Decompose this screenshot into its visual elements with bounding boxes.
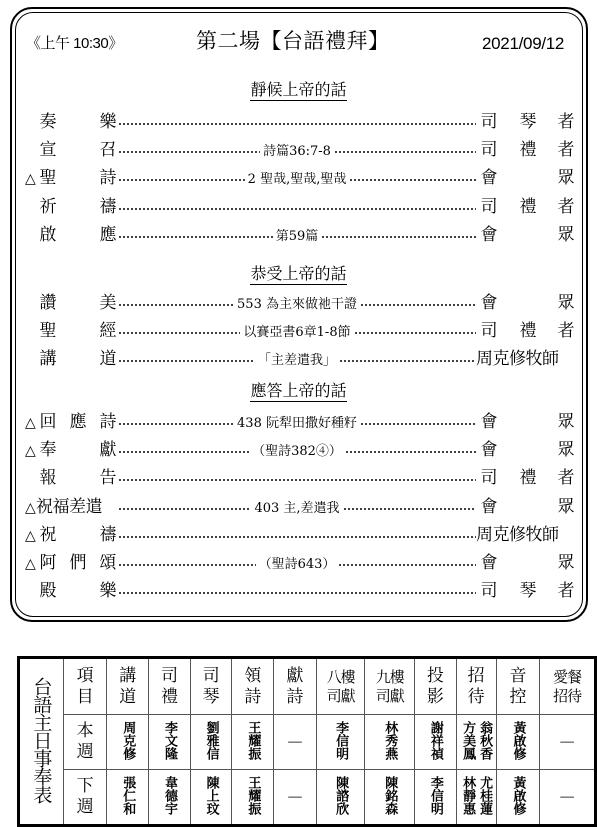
item-leader-char: 者 bbox=[556, 137, 576, 163]
service-date: 2021/09/12 bbox=[482, 34, 564, 54]
section-heading: 應答上帝的話 bbox=[0, 381, 597, 401]
duty-cell: 林秀燕 bbox=[365, 715, 415, 770]
item-label-first: 祈 bbox=[38, 194, 58, 220]
duty-person: 張仁和 bbox=[120, 776, 135, 815]
duty-person: 林秀燕 bbox=[382, 721, 397, 760]
duty-cell-empty: － bbox=[274, 770, 317, 826]
column-header-line2: 詩 bbox=[232, 687, 273, 708]
item-label-last: 詩 bbox=[98, 165, 118, 191]
duty-cell: 劉雅信 bbox=[190, 715, 232, 770]
empty-dash: － bbox=[286, 788, 304, 809]
empty-dash: － bbox=[286, 733, 304, 754]
item-content: 以賽亞書6章1-8節 bbox=[240, 320, 353, 346]
item-leader-char: 司 bbox=[479, 578, 499, 604]
program-item: 宣召詩篇36:7-8司禮者 bbox=[0, 137, 597, 163]
duty-person: 劉雅信 bbox=[204, 721, 219, 760]
item-leader-char: 會 bbox=[479, 165, 499, 191]
item-label-middle: 應 bbox=[68, 409, 88, 435]
item-leader-char: 司 bbox=[479, 109, 499, 135]
column-header-line2: 司獻 bbox=[317, 687, 365, 706]
duty-person: 陳上玟 bbox=[204, 776, 219, 815]
duty-table-title-cell: 台語主日事奉表 bbox=[19, 658, 64, 826]
program-item: △聖詩2 聖哉,聖哉,聖哉會眾 bbox=[0, 165, 597, 191]
duty-cell: 張仁和 bbox=[107, 770, 149, 826]
duty-cell: 王耀振 bbox=[232, 715, 274, 770]
item-label-last: 美 bbox=[98, 290, 118, 316]
duty-column-header: 九樓司獻 bbox=[365, 658, 415, 715]
item-leader-char: 琴 bbox=[518, 578, 538, 604]
item-leader-char: 眾 bbox=[556, 409, 576, 435]
duty-person: 李信明 bbox=[333, 721, 348, 760]
duty-cell: 周克修 bbox=[107, 715, 149, 770]
item-leader-char: 司 bbox=[479, 465, 499, 491]
congregation-stand-marker: △ bbox=[25, 166, 36, 192]
empty-dash: － bbox=[558, 733, 576, 754]
column-header-line1: 愛餐 bbox=[540, 668, 594, 687]
duty-column-header: 講道 bbox=[107, 658, 149, 715]
item-leader-char: 眾 bbox=[556, 437, 576, 463]
dotted-leader: 403 主,差遣我 bbox=[118, 494, 476, 520]
duty-person: 王耀振 bbox=[245, 721, 260, 760]
item-leader-char: 眾 bbox=[556, 494, 576, 520]
item-leader-name: 周克修牧師 bbox=[476, 346, 559, 372]
column-header-line2: 詩 bbox=[274, 687, 316, 708]
duty-person: 黃啟修 bbox=[510, 776, 525, 815]
duty-column-header: 招待 bbox=[456, 658, 496, 715]
item-label-last: 禱 bbox=[98, 522, 118, 548]
item-label-first: 殿 bbox=[38, 578, 58, 604]
congregation-stand-marker: △ bbox=[25, 410, 36, 436]
item-content: 2 聖哉,聖哉,聖哉 bbox=[245, 167, 350, 193]
item-label-last: 召 bbox=[98, 137, 118, 163]
duty-column-header: 項目 bbox=[63, 658, 107, 715]
duty-week-row: 本週周克修李文隆劉雅信王耀振－李信明林秀燕謝祥禎方美鳳翁秋香黃啟修－ bbox=[19, 715, 596, 770]
item-leader-char: 者 bbox=[556, 318, 576, 344]
duty-column-header: 司琴 bbox=[190, 658, 232, 715]
item-leader-char: 者 bbox=[556, 465, 576, 491]
dotted-leader: （聖詩382④） bbox=[118, 437, 476, 463]
duty-column-header: 音控 bbox=[496, 658, 540, 715]
program-item: 聖經以賽亞書6章1-8節司禮者 bbox=[0, 318, 597, 344]
duty-cell: 黃啟修 bbox=[496, 770, 540, 826]
duty-person: 翁秋香 bbox=[477, 721, 492, 760]
duty-cell: 李信明 bbox=[316, 715, 365, 770]
dotted-leader bbox=[118, 194, 476, 220]
item-label-first: 回 bbox=[38, 409, 58, 435]
item-leader-char: 琴 bbox=[518, 109, 538, 135]
column-header-line2: 禮 bbox=[149, 687, 190, 708]
item-leader-char: 禮 bbox=[518, 318, 538, 344]
program-item: 報告司禮者 bbox=[0, 465, 597, 491]
item-leader-name: 周克修牧師 bbox=[476, 522, 559, 548]
program-item: 祈禱司禮者 bbox=[0, 194, 597, 220]
item-label-first: 讚 bbox=[38, 290, 58, 316]
column-header-line1: 項 bbox=[64, 666, 107, 687]
dotted-leader bbox=[118, 109, 476, 135]
duty-roster-table: 台語主日事奉表項目講道司禮司琴領詩獻詩八樓司獻九樓司獻投影招待音控愛餐招待本週周… bbox=[17, 656, 597, 827]
duty-person: 林靜惠 bbox=[460, 776, 475, 815]
item-label-last: 應 bbox=[98, 222, 118, 248]
item-label-first: 祝 bbox=[38, 522, 58, 548]
program-item: 殿樂司琴者 bbox=[0, 578, 597, 604]
dotted-leader: （聖詩643） bbox=[118, 550, 476, 576]
item-label-first: 阿 bbox=[38, 550, 58, 576]
column-header-line1: 招 bbox=[457, 666, 496, 687]
week-label-line1: 下 bbox=[64, 776, 107, 797]
item-leader-char: 者 bbox=[556, 578, 576, 604]
item-content: 詩篇36:7-8 bbox=[260, 139, 334, 165]
program-item: 啟應第59篇會眾 bbox=[0, 222, 597, 248]
duty-person: 黃啟修 bbox=[510, 721, 525, 760]
item-leader-char: 禮 bbox=[518, 194, 538, 220]
column-header-line1: 八樓 bbox=[317, 668, 365, 687]
item-leader-char: 眾 bbox=[556, 290, 576, 316]
duty-cell: 李文隆 bbox=[149, 715, 191, 770]
column-header-line2: 道 bbox=[107, 687, 148, 708]
section-heading-text: 恭受上帝的話 bbox=[250, 264, 346, 285]
item-label-first: 啟 bbox=[38, 222, 58, 248]
dotted-leader: 以賽亞書6章1-8節 bbox=[118, 318, 476, 344]
duty-cell: 王耀振 bbox=[232, 770, 274, 826]
item-label-last: 頌 bbox=[98, 550, 118, 576]
week-label-line2: 週 bbox=[64, 742, 107, 763]
column-header-line2: 司獻 bbox=[365, 687, 414, 706]
duty-header-row: 台語主日事奉表項目講道司禮司琴領詩獻詩八樓司獻九樓司獻投影招待音控愛餐招待 bbox=[19, 658, 596, 715]
duty-cell: 黃啟修 bbox=[496, 715, 540, 770]
item-leader-char: 會 bbox=[479, 550, 499, 576]
item-label-last: 道 bbox=[98, 346, 118, 372]
duty-cell: 謝祥禎 bbox=[415, 715, 457, 770]
program-item: 講道「主差遣我」周克修牧師 bbox=[0, 346, 597, 372]
section-heading-text: 靜候上帝的話 bbox=[250, 80, 346, 101]
duty-cell: 陳銘森 bbox=[365, 770, 415, 826]
item-content: 第59篇 bbox=[273, 224, 322, 250]
duty-cell-empty: － bbox=[540, 715, 596, 770]
duty-cell: 韋德宇 bbox=[149, 770, 191, 826]
item-label-last: 獻 bbox=[98, 437, 118, 463]
item-leader-char: 眾 bbox=[556, 550, 576, 576]
program-item: △奉獻（聖詩382④）會眾 bbox=[0, 437, 597, 463]
item-label-last: 詩 bbox=[98, 409, 118, 435]
program-item: 讚美553 為主來做祂干證會眾 bbox=[0, 290, 597, 316]
duty-column-header: 愛餐招待 bbox=[540, 658, 596, 715]
dotted-leader bbox=[118, 522, 476, 548]
column-header-line2: 控 bbox=[497, 687, 540, 708]
duty-person: 方美鳳 bbox=[460, 721, 475, 760]
column-header-line1: 司 bbox=[149, 666, 190, 687]
duty-person: 周克修 bbox=[120, 721, 135, 760]
item-label-first: 聖 bbox=[38, 165, 58, 191]
item-leader-char: 司 bbox=[479, 318, 499, 344]
dotted-leader: 「主差遣我」 bbox=[118, 346, 476, 372]
item-content: 「主差遣我」 bbox=[255, 348, 339, 374]
item-leader-char: 者 bbox=[556, 194, 576, 220]
duty-cell: 林靜惠尤桂蓮 bbox=[456, 770, 496, 826]
empty-dash: － bbox=[558, 788, 576, 809]
item-label-last: 樂 bbox=[98, 578, 118, 604]
column-header-line2: 目 bbox=[64, 687, 107, 708]
item-content: 438 阮犁田撒好種籽 bbox=[234, 411, 360, 437]
item-content: 553 為主來做祂干證 bbox=[234, 292, 360, 318]
item-label: 祝福差遣 bbox=[36, 494, 102, 520]
service-title: 第二場【台語禮拜】 bbox=[196, 31, 390, 51]
duty-person: 李文隆 bbox=[162, 721, 177, 760]
dotted-leader: 第59篇 bbox=[118, 222, 476, 248]
duty-column-header: 八樓司獻 bbox=[316, 658, 365, 715]
column-header-line2: 影 bbox=[415, 687, 456, 708]
service-time: 《上午 10:30》 bbox=[26, 34, 123, 54]
duty-column-header: 投影 bbox=[415, 658, 457, 715]
week-label-line2: 週 bbox=[64, 797, 107, 818]
item-leader-char: 會 bbox=[479, 437, 499, 463]
section-heading-text: 應答上帝的話 bbox=[250, 381, 346, 402]
duty-column-header: 司禮 bbox=[149, 658, 191, 715]
item-label-first: 宣 bbox=[38, 137, 58, 163]
item-leader-char: 會 bbox=[479, 494, 499, 520]
item-leader-char: 司 bbox=[479, 137, 499, 163]
column-header-line1: 領 bbox=[232, 666, 273, 687]
duty-person: 謝祥禎 bbox=[428, 721, 443, 760]
item-label-first: 講 bbox=[38, 346, 58, 372]
item-leader-char: 者 bbox=[556, 109, 576, 135]
duty-person: 陳銘森 bbox=[382, 776, 397, 815]
dotted-leader bbox=[118, 465, 476, 491]
section-heading: 靜候上帝的話 bbox=[0, 80, 597, 100]
item-label-last: 經 bbox=[98, 318, 118, 344]
duty-person: 李信明 bbox=[428, 776, 443, 815]
item-content: （聖詩382④） bbox=[249, 439, 345, 465]
dotted-leader: 2 聖哉,聖哉,聖哉 bbox=[118, 165, 476, 191]
congregation-stand-marker: △ bbox=[25, 523, 36, 549]
dotted-leader: 詩篇36:7-8 bbox=[118, 137, 476, 163]
section-heading: 恭受上帝的話 bbox=[0, 264, 597, 284]
item-leader-char: 眾 bbox=[556, 222, 576, 248]
item-content: 403 主,差遣我 bbox=[251, 496, 342, 522]
program-item: △回應詩438 阮犁田撒好種籽會眾 bbox=[0, 409, 597, 435]
column-header-line1: 九樓 bbox=[365, 668, 414, 687]
duty-column-header: 領詩 bbox=[232, 658, 274, 715]
column-header-line1: 獻 bbox=[274, 666, 316, 687]
item-label-first: 奏 bbox=[38, 109, 58, 135]
column-header-line2: 琴 bbox=[191, 687, 232, 708]
column-header-line1: 司 bbox=[191, 666, 232, 687]
duty-cell-empty: － bbox=[274, 715, 317, 770]
duty-cell: 方美鳳翁秋香 bbox=[456, 715, 496, 770]
duty-week-row: 下週張仁和韋德宇陳上玟王耀振－陳諮欣陳銘森李信明林靜惠尤桂蓮黃啟修－ bbox=[19, 770, 596, 826]
congregation-stand-marker: △ bbox=[25, 438, 36, 464]
week-label-cell: 下週 bbox=[63, 770, 107, 826]
program-item: 奏樂司琴者 bbox=[0, 109, 597, 135]
item-leader-char: 禮 bbox=[518, 465, 538, 491]
item-content: （聖詩643） bbox=[256, 552, 339, 578]
week-label-line1: 本 bbox=[64, 721, 107, 742]
column-header-line2: 招待 bbox=[540, 687, 594, 706]
dotted-leader: 438 阮犁田撒好種籽 bbox=[118, 409, 476, 435]
column-header-line2: 待 bbox=[457, 687, 496, 708]
item-label-last: 告 bbox=[98, 465, 118, 491]
item-leader-char: 會 bbox=[479, 222, 499, 248]
program-item: △祝禱周克修牧師 bbox=[0, 522, 597, 548]
column-header-line1: 投 bbox=[415, 666, 456, 687]
duty-person: 韋德宇 bbox=[162, 776, 177, 815]
item-leader-char: 眾 bbox=[556, 165, 576, 191]
program-item: △阿們頌（聖詩643）會眾 bbox=[0, 550, 597, 576]
congregation-stand-marker: △ bbox=[25, 551, 36, 577]
dotted-leader bbox=[118, 578, 476, 604]
duty-cell: 陳諮欣 bbox=[316, 770, 365, 826]
duty-cell: 李信明 bbox=[415, 770, 457, 826]
congregation-stand-marker: △ bbox=[25, 495, 36, 521]
duty-table-title: 台語主日事奉表 bbox=[29, 677, 53, 803]
item-leader-char: 會 bbox=[479, 409, 499, 435]
item-label-first: 奉 bbox=[38, 437, 58, 463]
duty-cell-empty: － bbox=[540, 770, 596, 826]
program-item: △祝福差遣403 主,差遣我會眾 bbox=[0, 494, 597, 520]
item-label-middle: 們 bbox=[68, 550, 88, 576]
duty-cell: 陳上玟 bbox=[190, 770, 232, 826]
duty-person: 陳諮欣 bbox=[333, 776, 348, 815]
duty-person: 王耀振 bbox=[245, 776, 260, 815]
item-leader-char: 司 bbox=[479, 194, 499, 220]
column-header-line1: 講 bbox=[107, 666, 148, 687]
item-leader-char: 禮 bbox=[518, 137, 538, 163]
dotted-leader: 553 為主來做祂干證 bbox=[118, 290, 476, 316]
column-header-line1: 音 bbox=[497, 666, 540, 687]
item-label-last: 樂 bbox=[98, 109, 118, 135]
item-label-last: 禱 bbox=[98, 194, 118, 220]
duty-column-header: 獻詩 bbox=[274, 658, 317, 715]
week-label-cell: 本週 bbox=[63, 715, 107, 770]
item-label-first: 報 bbox=[38, 465, 58, 491]
duty-person: 尤桂蓮 bbox=[477, 776, 492, 815]
item-label-first: 聖 bbox=[38, 318, 58, 344]
item-leader-char: 會 bbox=[479, 290, 499, 316]
